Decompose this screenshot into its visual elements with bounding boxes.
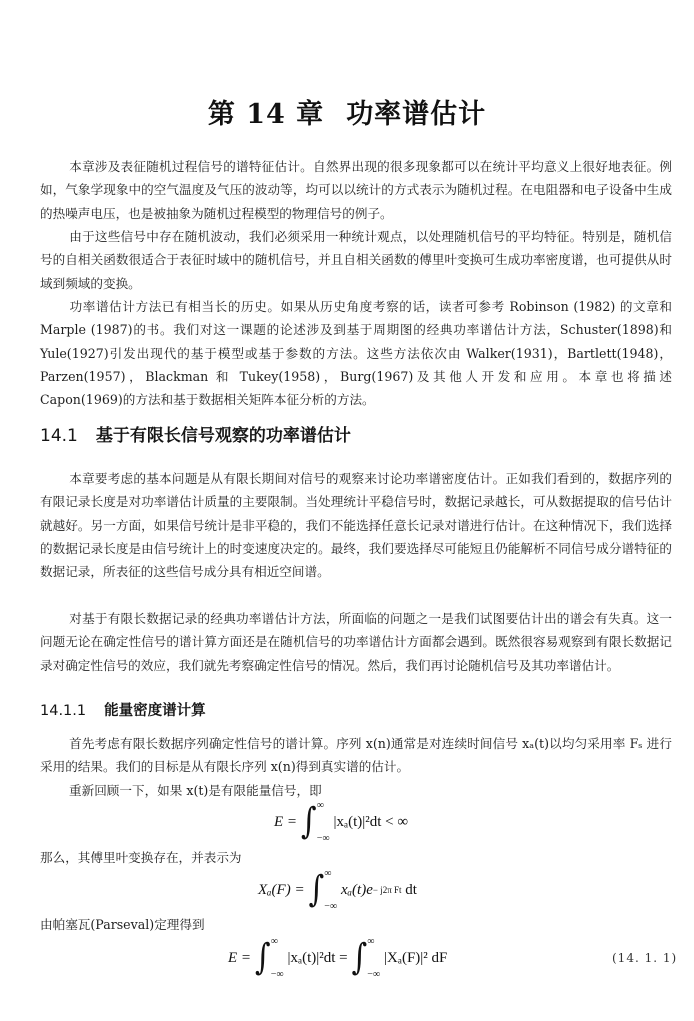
equation-parseval: E = ∫∞−∞ |xₐ(t)|²dt = ∫∞−∞ |Xₐ(F)|² dF [228,936,447,980]
intro-paragraph-2: 由于这些信号中存在随机波动，我们必须采用一种统计观点，以处理随机信号的平均特征。… [40,225,672,295]
chapter-number: 第 14 章 [208,99,324,130]
section-14-1-paragraph-1: 本章要考虑的基本问题是从有限长期间对信号的观察来讨论功率谱密度估计。正如我们看到… [40,467,672,583]
integral-sign: ∫∞−∞ [352,936,380,980]
integral-sign: ∫∞−∞ [301,800,329,844]
section-heading-14-1: 14.1基于有限长信号观察的功率谱估计 [40,421,351,446]
section-heading-14-1-1: 14.1.1能量密度谱计算 [40,699,206,720]
intro-paragraph-1: 本章涉及表征随机过程信号的谱特征估计。自然界出现的很多现象都可以在统计平均意义上… [40,155,672,225]
chapter-title: 第 14 章功率谱估计 [0,92,694,131]
chapter-name: 功率谱估计 [346,99,486,130]
equation-energy: E = ∫∞−∞ |xₐ(t)|²dt < ∞ [274,800,408,844]
equation-number: (14. 1. 1) [612,951,677,965]
intro-paragraph-3: 功率谱估计方法已有相当长的历史。如果从历史角度考察的话，读者可参考 Robins… [40,295,672,411]
section-14-1-1-paragraph-1: 首先考虑有限长数据序列确定性信号的谱计算。序列 x(n)通常是对连续时间信号 x… [40,732,672,779]
section-14-1-1-paragraph-2: 重新回顾一下，如果 x(t)是有限能量信号，即 [40,779,672,802]
document-page: 第 14 章功率谱估计 本章涉及表征随机过程信号的谱特征估计。自然界出现的很多现… [0,0,694,1021]
equation-fourier-transform: Xₐ(F) = ∫∞−∞ xₐ(t)e− j2π Ft dt [258,868,417,912]
integral-sign: ∫∞−∞ [309,868,337,912]
section-14-1-1-paragraph-3: 那么，其傅里叶变换存在，并表示为 [40,846,672,869]
integral-sign: ∫∞−∞ [255,936,283,980]
section-14-1-paragraph-2: 对基于有限长数据记录的经典功率谱估计方法，所面临的问题之一是我们试图要估计出的谱… [40,607,672,677]
section-14-1-1-paragraph-4: 由帕塞瓦(Parseval)定理得到 [40,913,672,936]
